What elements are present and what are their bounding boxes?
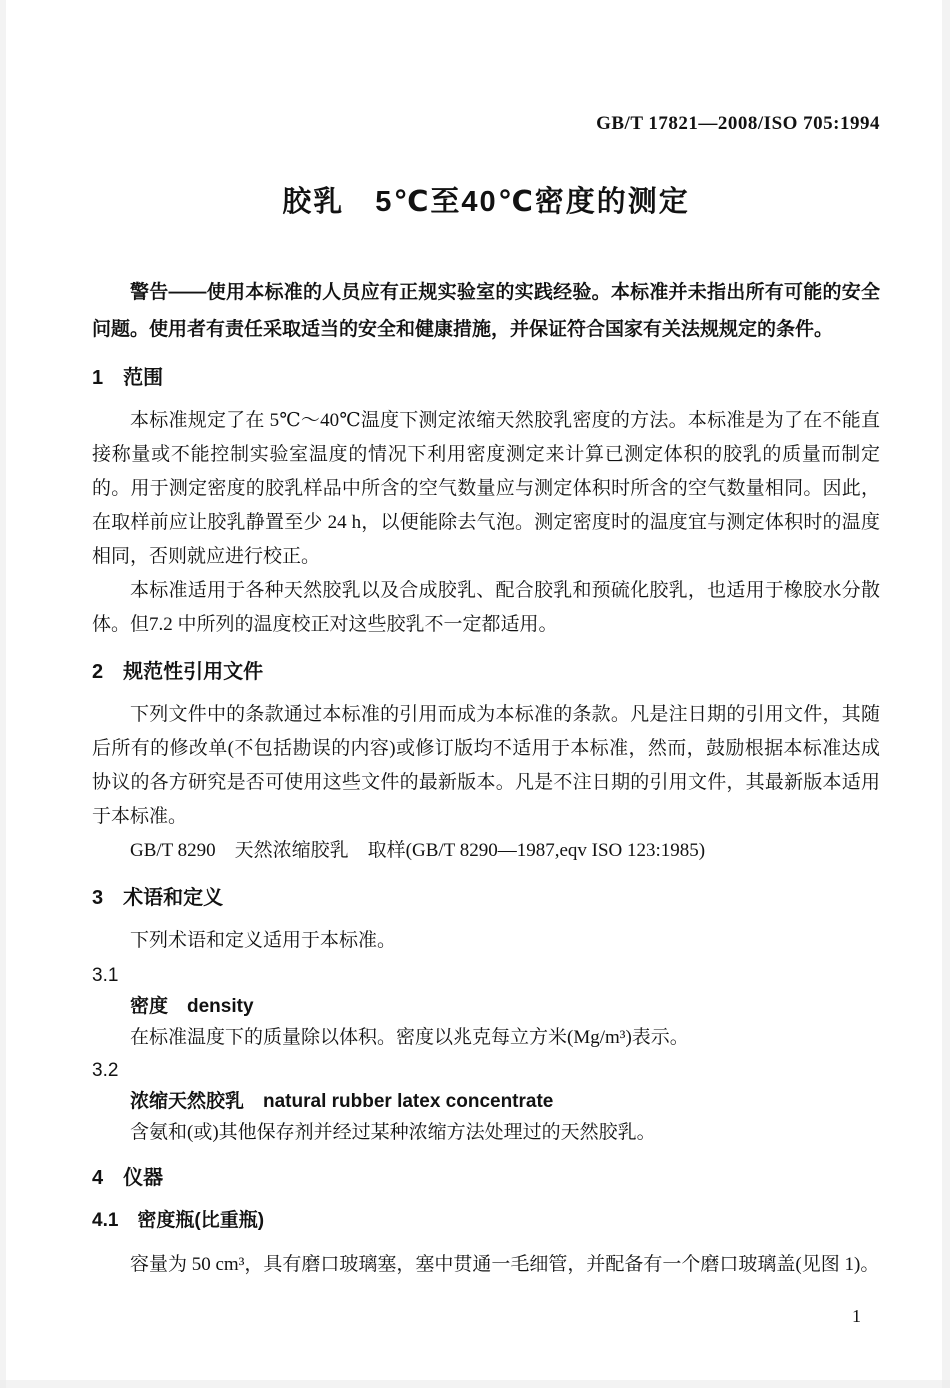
section-1-paragraph-2: 本标准适用于各种天然胶乳以及合成胶乳、配合胶乳和预硫化胶乳，也适用于橡胶水分散体…	[92, 574, 880, 642]
page-number: 1	[852, 1304, 861, 1328]
clause-4-1-heading: 4.1 密度瓶(比重瓶)	[92, 1206, 880, 1236]
standard-number: GB/T 17821—2008/ISO 705:1994	[92, 112, 880, 136]
section-2-paragraph-1: 下列文件中的条款通过本标准的引用而成为本标准的条款。凡是注日期的引用文件，其随后…	[92, 698, 880, 834]
section-3-heading: 3 术语和定义	[92, 884, 880, 912]
scan-edge-artifact-left	[0, 0, 6, 1388]
section-1-heading: 1 范围	[92, 364, 880, 392]
page-content: GB/T 17821—2008/ISO 705:1994 胶乳 5℃至40℃密度…	[92, 112, 880, 1282]
section-3-intro: 下列术语和定义适用于本标准。	[92, 924, 880, 958]
definition-natural-rubber-latex-concentrate: 含氨和(或)其他保存剂并经过某种浓缩方法处理过的天然胶乳。	[92, 1117, 880, 1148]
section-1-paragraph-1: 本标准规定了在 5℃～40℃温度下测定浓缩天然胶乳密度的方法。本标准是为了在不能…	[92, 404, 880, 574]
clause-3-1-number: 3.1	[92, 960, 880, 991]
section-4-heading: 4 仪器	[92, 1164, 880, 1192]
term-density: 密度 density	[92, 991, 880, 1022]
warning-paragraph: 警告——使用本标准的人员应有正规实验室的实践经验。本标准并未指出所有可能的安全问…	[92, 274, 880, 348]
clause-4-1-paragraph: 容量为 50 cm³，具有磨口玻璃塞，塞中贯通一毛细管，并配备有一个磨口玻璃盖(…	[92, 1248, 880, 1282]
scan-edge-artifact-right	[942, 0, 950, 1388]
definition-density: 在标准温度下的质量除以体积。密度以兆克每立方米(Mg/m³)表示。	[92, 1022, 880, 1053]
section-2-heading: 2 规范性引用文件	[92, 658, 880, 686]
term-natural-rubber-latex-concentrate: 浓缩天然胶乳 natural rubber latex concentrate	[92, 1086, 880, 1117]
scanned-document-page: GB/T 17821—2008/ISO 705:1994 胶乳 5℃至40℃密度…	[0, 0, 950, 1388]
normative-reference-entry: GB/T 8290 天然浓缩胶乳 取样(GB/T 8290—1987,eqv I…	[92, 834, 880, 868]
clause-3-2-number: 3.2	[92, 1055, 880, 1086]
scan-edge-artifact-bottom	[0, 1380, 950, 1388]
document-title: 胶乳 5℃至40℃密度的测定	[92, 182, 880, 222]
